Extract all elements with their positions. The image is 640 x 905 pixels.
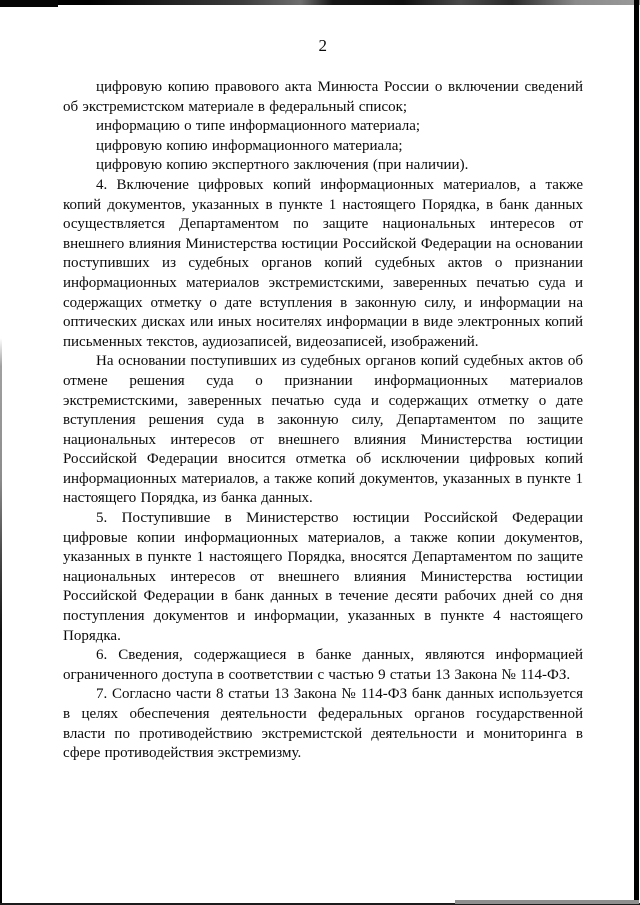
paragraph: 5. Поступившие в Министерство юстиции Ро… — [63, 509, 583, 646]
document-page: 2 цифровую копию правового акта Минюста … — [0, 0, 640, 905]
paragraph: цифровую копию информационного материала… — [63, 137, 583, 157]
paragraph: цифровую копию экспертного заключения (п… — [63, 156, 583, 176]
scan-edge-bottom-gray — [455, 900, 639, 904]
paragraph: На основании поступивших из судебных орг… — [63, 352, 583, 509]
paragraph: 4. Включение цифровых копий информационн… — [63, 176, 583, 352]
scan-edge-right — [634, 0, 639, 905]
document-body: цифровую копию правового акта Минюста Ро… — [63, 78, 583, 764]
paragraph: цифровую копию правового акта Минюста Ро… — [63, 78, 583, 117]
paragraph: 7. Согласно части 8 статьи 13 Закона № 1… — [63, 685, 583, 763]
page-number: 2 — [63, 36, 583, 56]
scan-edge-top — [0, 0, 640, 5]
paragraph: 6. Сведения, содержащиеся в банке данных… — [63, 646, 583, 685]
paragraph: информацию о типе информационного матери… — [63, 117, 583, 137]
scan-edge-top-left — [0, 0, 58, 7]
scan-edge-left — [0, 338, 2, 905]
